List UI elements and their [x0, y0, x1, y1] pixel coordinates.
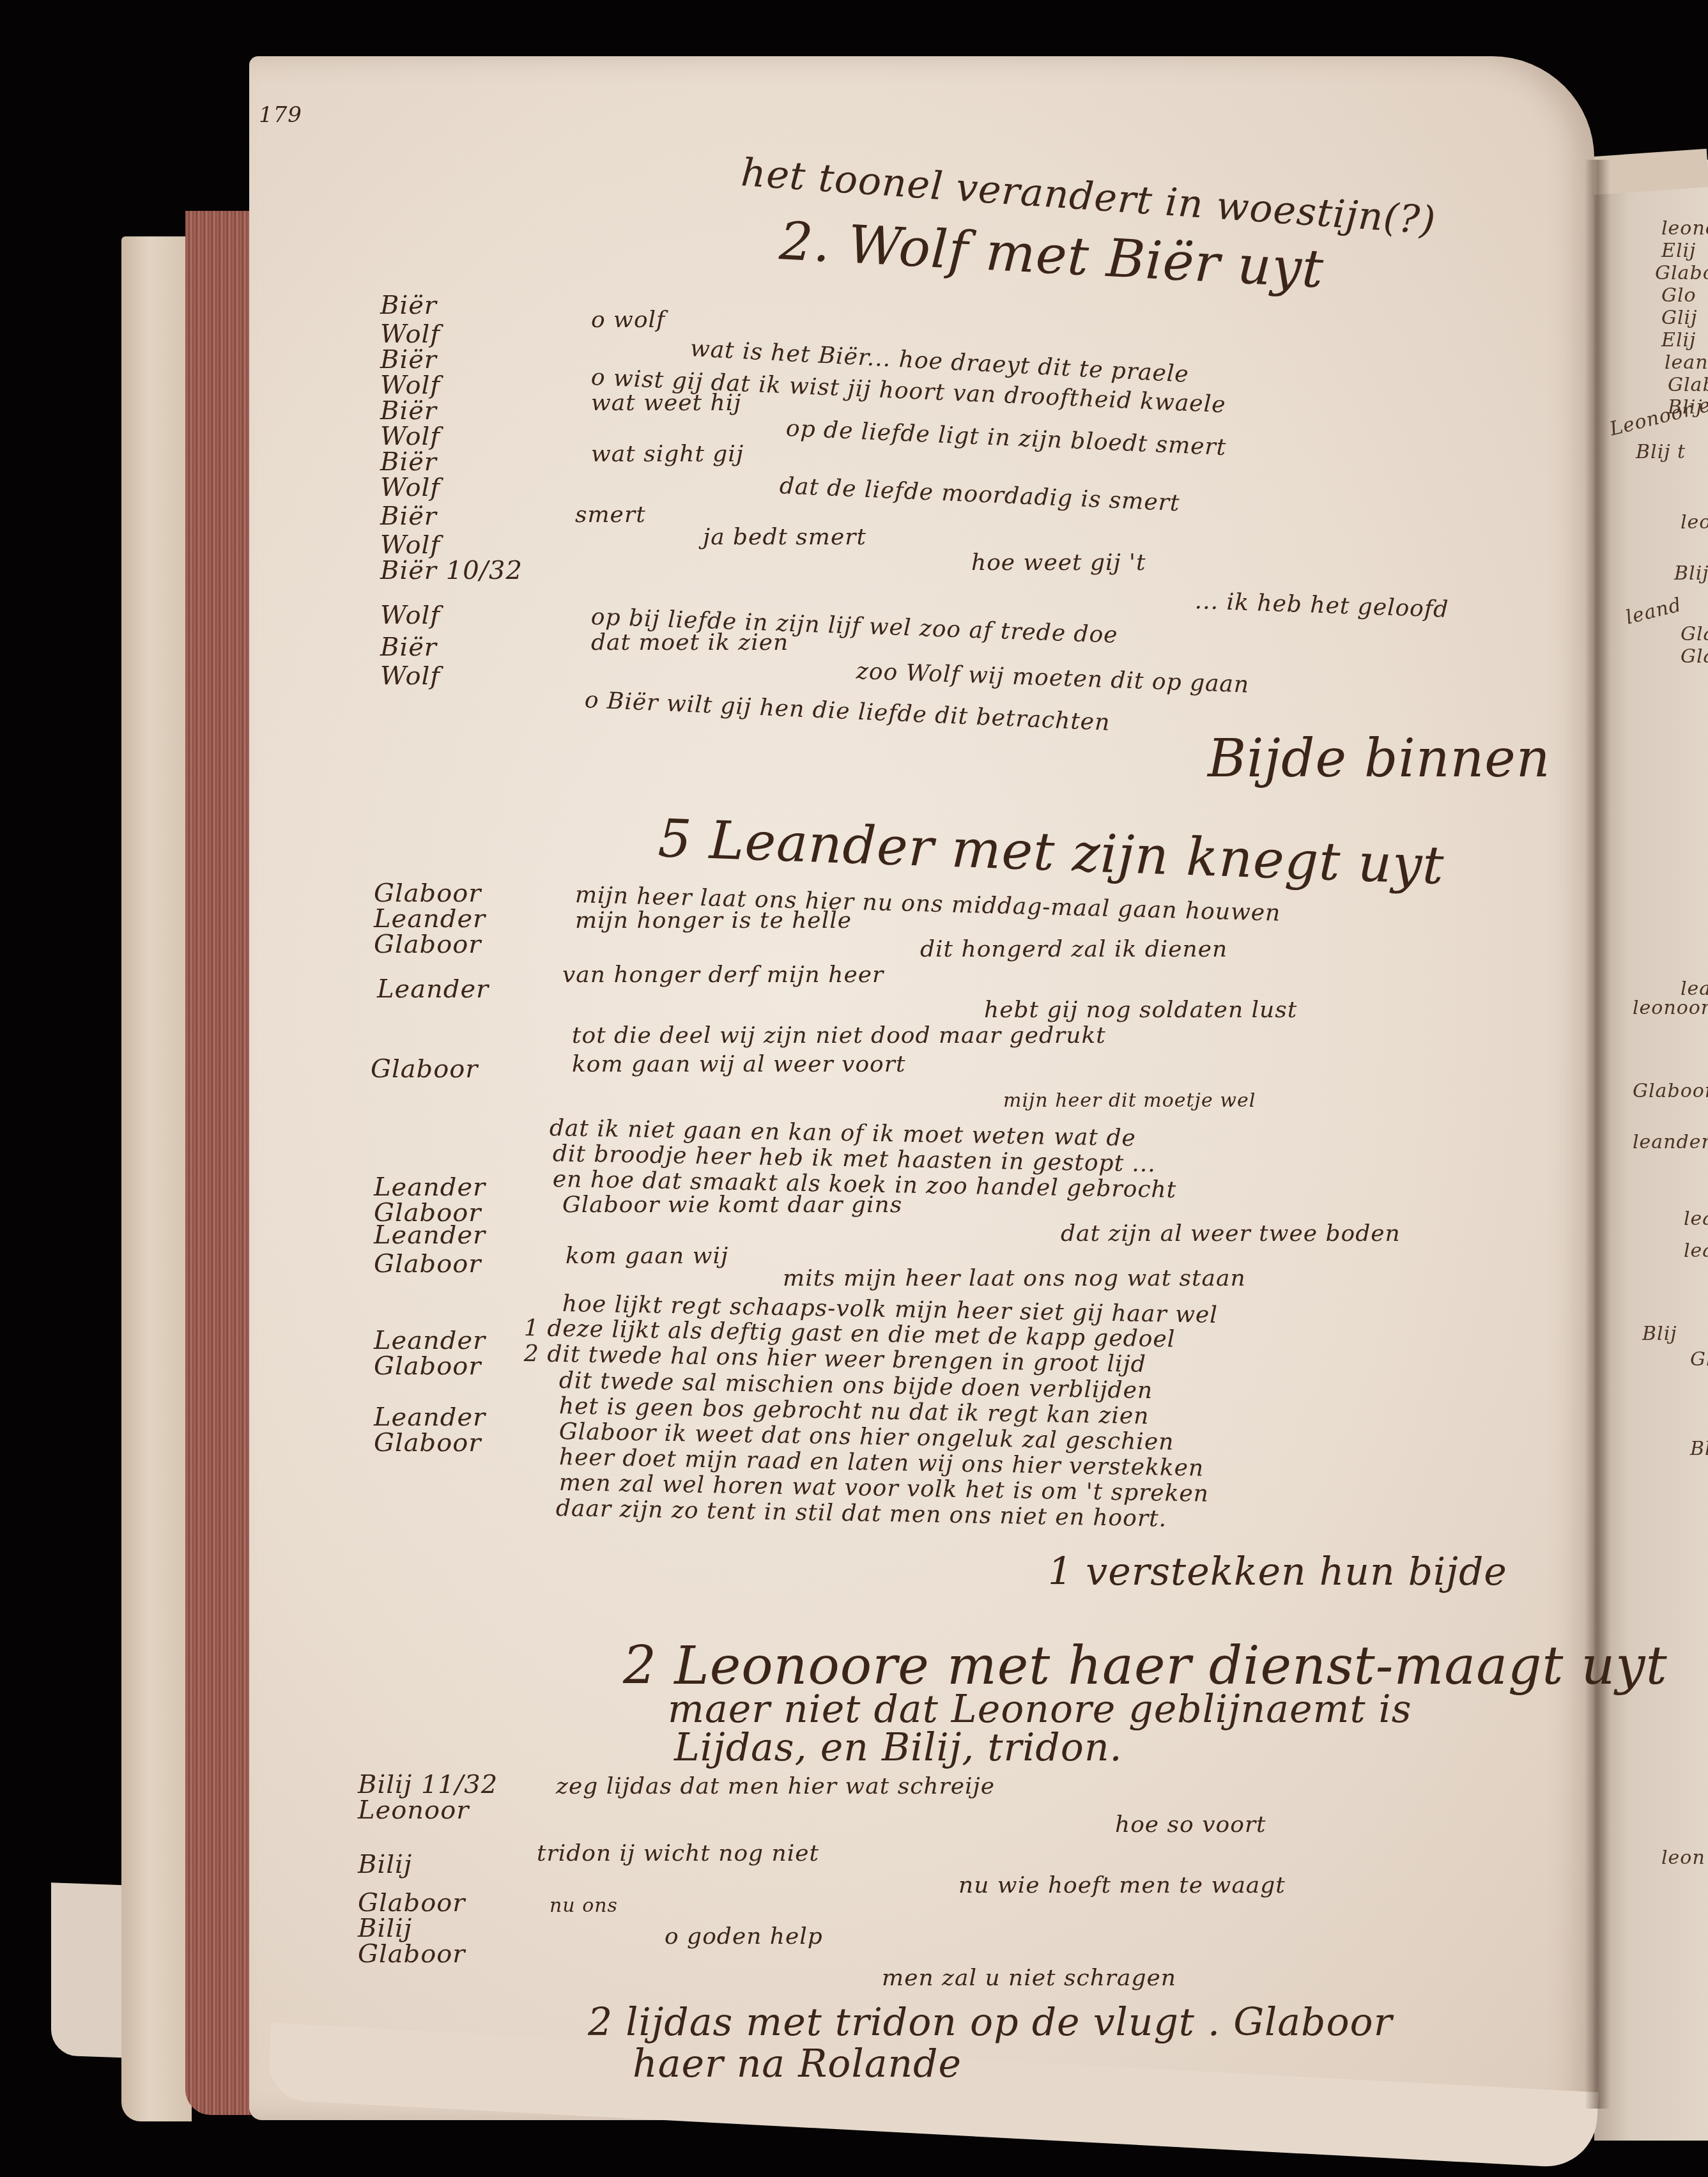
facing-fragment: Glab	[1681, 623, 1708, 645]
speaker: Biër	[380, 633, 437, 662]
dialogue-line: kom gaan wij	[565, 1243, 728, 1269]
speaker: Biër	[380, 291, 437, 320]
stage-direction: 2 lijdas met tridon op de vlugt . Glaboo…	[588, 2000, 1392, 2045]
dialogue-line: kom gaan wij al weer voort	[572, 1051, 905, 1077]
dialogue-line: hoe weet gij 't	[971, 550, 1146, 576]
book-cover-edge	[121, 236, 192, 2121]
facing-fragment: Blij	[1642, 1323, 1677, 1345]
dialogue-line: o wolf	[591, 307, 665, 333]
speaker: Wolf	[380, 601, 440, 630]
dialogue-line: mijn honger is te helle	[575, 907, 852, 934]
dialogue-line: hebt gij nog soldaten lust	[984, 997, 1297, 1023]
page-number: 179	[259, 102, 302, 128]
facing-fragment: Glab	[1690, 1348, 1708, 1371]
speaker: Wolf	[380, 661, 440, 691]
dialogue-line: ja bedt smert	[703, 524, 866, 550]
dialogue-line: wat sight gij	[591, 441, 744, 467]
speaker: Glaboor	[374, 1351, 481, 1381]
red-fore-edge	[185, 211, 256, 2115]
book-gutter	[1585, 160, 1610, 2109]
facing-fragment: Glabo	[1681, 645, 1708, 668]
facing-fragment: Blij	[1674, 562, 1708, 585]
facing-fragment: lea	[1684, 1208, 1708, 1230]
speaker: Glaboor	[374, 1428, 481, 1458]
facing-fragment: Elij	[1661, 329, 1696, 351]
facing-fragment: Elij	[1661, 240, 1696, 262]
dialogue-line: van honger derf mijn heer	[562, 962, 884, 988]
speaker: Leonoor	[358, 1796, 469, 1825]
dialogue-line: nu wie hoeft men te waagt	[958, 1872, 1286, 1898]
dialogue-line: dat zijn al weer twee boden	[1061, 1220, 1401, 1247]
speaker: Glaboor	[374, 1249, 481, 1279]
facing-fragment: lea	[1684, 1240, 1708, 1262]
dialogue-line: mijn heer dit moetje wel	[1003, 1089, 1256, 1112]
speaker: Bilij	[358, 1850, 412, 1879]
exit-direction: Bijde binnen	[1208, 728, 1551, 789]
speaker: Biër 10/32	[380, 556, 523, 585]
scene3-title-line3: Lijdas, en Bilij, tridon.	[674, 1725, 1123, 1770]
speaker: Leander	[374, 1220, 486, 1250]
speaker: Glaboor	[371, 1054, 478, 1084]
facing-fragment: Glabo	[1655, 262, 1708, 284]
facing-fragment: Blij	[1690, 1438, 1708, 1460]
facing-fragment: Glij	[1661, 307, 1697, 329]
exit-direction: 1 verstekken hun bijde	[1048, 1550, 1507, 1594]
facing-fragment: leonoor	[1633, 997, 1708, 1019]
speaker: Leander	[377, 974, 489, 1004]
stage-direction: haer na Rolande	[633, 2042, 962, 2086]
dialogue-line: hoe so voort	[1115, 1812, 1266, 1838]
speaker: Wolf	[380, 473, 440, 502]
facing-fragment: Glo	[1661, 284, 1696, 307]
facing-fragment: leon	[1681, 511, 1708, 534]
dialogue-line: wat weet hij	[591, 390, 741, 416]
dialogue-line: dit hongerd zal ik dienen	[920, 936, 1227, 962]
facing-fragment: leonore	[1661, 217, 1708, 240]
dialogue-line: nu ons	[550, 1895, 618, 1917]
facing-fragment: Blij t	[1636, 441, 1686, 463]
dialogue-line: Glaboor wie komt daar gins	[562, 1192, 902, 1218]
dialogue-line: dat moet ik zien	[591, 629, 789, 656]
dialogue-line: men zal u niet schragen	[882, 1965, 1176, 1991]
facing-fragment: leand	[1665, 351, 1708, 374]
facing-fragment: Glab	[1668, 374, 1708, 396]
facing-fragment: leon	[1661, 1847, 1705, 1869]
dialogue-line: o goden help	[665, 1923, 823, 1950]
dialogue-line: tridon ij wicht nog niet	[537, 1840, 819, 1866]
dialogue-line: zeg lijdas dat men hier wat schreije	[556, 1773, 995, 1799]
dialogue-line: smert	[575, 502, 646, 528]
speaker: Glaboor	[358, 1939, 465, 1969]
speaker: Biër	[380, 502, 437, 531]
facing-fragment: leander	[1633, 1131, 1708, 1153]
dialogue-line: tot die deel wij zijn niet dood maar ged…	[572, 1022, 1106, 1049]
speaker: Glaboor	[374, 930, 481, 959]
dialogue-line: mits mijn heer laat ons nog wat staan	[783, 1265, 1246, 1291]
facing-fragment: Glaboor	[1633, 1080, 1708, 1102]
